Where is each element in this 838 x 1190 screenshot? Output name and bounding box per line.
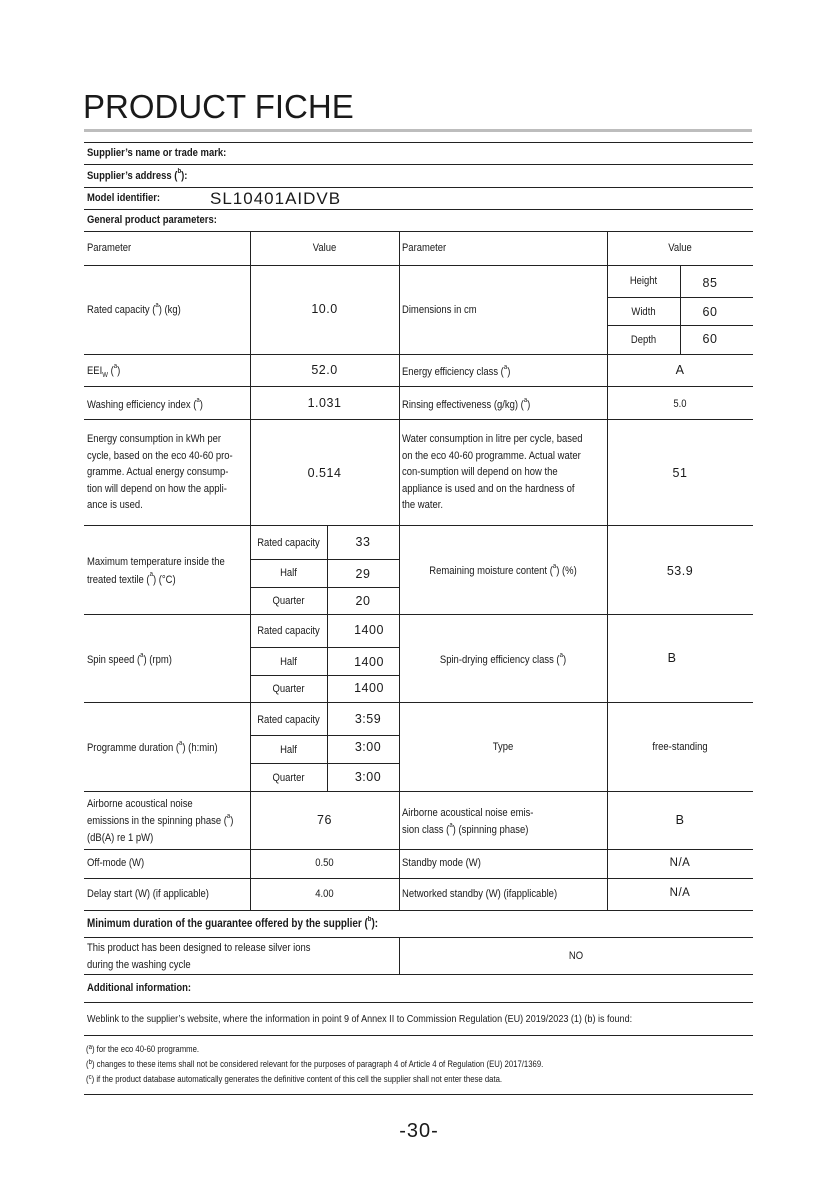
divider: [84, 614, 753, 615]
energy-class-label: Energy efficiency class (a): [402, 364, 510, 380]
type-label: Type: [414, 739, 593, 755]
energy-consumption-value: 0.514: [250, 466, 399, 480]
sub-row-name: Quarter: [255, 681, 321, 697]
divider: [84, 791, 753, 792]
noise-class-label: Airborne acoustical noise emis- sion cla…: [402, 805, 574, 839]
header-parameter-right: Parameter: [402, 240, 446, 256]
sub-row-name: Half: [255, 565, 321, 581]
programme-duration-label: Programme duration (a) (h:min): [87, 740, 218, 756]
sub-row-value: 33: [327, 535, 399, 549]
footnote: (b) changes to these items shall not be …: [86, 1059, 543, 1069]
divider: [84, 187, 753, 188]
water-consumption-value: 51: [607, 466, 753, 480]
guarantee-label: Minimum duration of the guarantee offere…: [87, 916, 378, 932]
header-value-left: Value: [260, 240, 388, 256]
divider: [250, 675, 399, 676]
dimension-value: 60: [680, 332, 740, 346]
rated-capacity-value: 10.0: [250, 302, 399, 316]
energy-class-value: A: [607, 363, 753, 377]
max-temperature-label: Maximum temperature inside the treated t…: [87, 553, 250, 589]
networked-standby-value: N/A: [607, 887, 753, 899]
divider: [84, 354, 753, 355]
divider: [84, 1002, 753, 1003]
model-identifier-label: Model identifier:: [87, 190, 160, 206]
divider: [84, 265, 753, 266]
general-parameters-label: General product parameters:: [87, 212, 217, 228]
sub-row-name: Rated capacity: [255, 712, 321, 728]
footnote: (a) for the eco 40-60 programme.: [86, 1044, 199, 1054]
divider: [84, 1035, 753, 1036]
divider: [84, 878, 753, 879]
header-parameter-left: Parameter: [87, 240, 131, 256]
divider: [84, 974, 753, 975]
column-divider: [399, 231, 400, 910]
divider: [84, 209, 753, 210]
page-number: -30-: [0, 1120, 838, 1143]
eeiw-label: EEIW (a): [87, 363, 120, 384]
standby-mode-label: Standby mode (W): [402, 855, 481, 871]
water-consumption-label: Water consumption in litre per cycle, ba…: [402, 431, 608, 514]
divider: [250, 735, 399, 736]
dimension-name: Depth: [612, 332, 675, 348]
divider: [84, 849, 753, 850]
sub-row-value: 1400: [327, 623, 411, 637]
column-divider: [399, 937, 400, 974]
sub-row-value: 1400: [327, 681, 411, 695]
divider: [250, 587, 399, 588]
off-mode-label: Off-mode (W): [87, 855, 144, 871]
footnote: (c) if the product database automaticall…: [86, 1074, 502, 1084]
sub-row-name: Quarter: [255, 770, 321, 786]
sub-row-value: 1400: [327, 655, 411, 669]
divider: [84, 386, 753, 387]
sub-row-value: 29: [327, 567, 399, 581]
remaining-moisture-label: Remaining moisture content (a) (%): [414, 563, 593, 579]
energy-consumption-label: Energy consumption in kWh per cycle, bas…: [87, 431, 246, 514]
divider: [84, 231, 753, 232]
dimension-value: 60: [680, 305, 740, 319]
weblink-text: Weblink to the supplier’s website, where…: [87, 1011, 632, 1027]
rinsing-label: Rinsing effectiveness (g/kg) (a): [402, 397, 530, 413]
additional-info-label: Additional information:: [87, 980, 191, 996]
dimension-name: Height: [612, 273, 675, 289]
washing-index-value: 1.031: [250, 396, 399, 410]
divider: [250, 559, 399, 560]
divider: [84, 142, 753, 143]
off-mode-value: 0.50: [260, 855, 388, 871]
divider: [84, 419, 753, 420]
divider: [250, 647, 399, 648]
divider: [84, 937, 753, 938]
supplier-address-label: Supplier’s address (b):: [87, 168, 187, 184]
eeiw-value: 52.0: [250, 363, 399, 377]
sub-row-name: Half: [255, 654, 321, 670]
page-title: PRODUCT FICHE: [83, 88, 354, 126]
divider: [250, 763, 399, 764]
spin-drying-class-label: Spin-drying efficiency class (a): [414, 652, 593, 668]
noise-class-value: B: [607, 813, 753, 827]
dimension-name: Width: [612, 304, 675, 320]
spin-speed-label: Spin speed (a) (rpm): [87, 652, 172, 668]
model-identifier-value: SL10401AIDVB: [210, 189, 341, 209]
noise-emissions-label: Airborne acoustical noise emissions in t…: [87, 796, 259, 847]
dimension-value: 85: [680, 276, 740, 290]
sub-row-name: Rated capacity: [255, 535, 321, 551]
sub-row-value: 20: [327, 594, 399, 608]
delay-start-label: Delay start (W) (if applicable): [87, 886, 209, 902]
rinsing-value: 5.0: [617, 396, 743, 412]
divider: [84, 910, 753, 911]
noise-emissions-value: 76: [250, 813, 399, 827]
divider: [84, 1094, 753, 1095]
standby-mode-value: N/A: [607, 857, 753, 869]
sub-row-value: 3:59: [327, 712, 409, 726]
silver-ions-value: NO: [424, 948, 728, 964]
delay-start-value: 4.00: [260, 886, 388, 902]
divider: [84, 525, 753, 526]
divider: [84, 164, 753, 165]
spin-drying-class-value: B: [607, 651, 737, 665]
silver-ions-label: This product has been designed to releas…: [87, 940, 397, 973]
sub-row-name: Rated capacity: [255, 623, 321, 639]
networked-standby-label: Networked standby (W) (ifapplicable): [402, 886, 557, 902]
sub-row-name: Quarter: [255, 593, 321, 609]
sub-row-value: 3:00: [327, 740, 409, 754]
type-value: free-standing: [617, 739, 743, 755]
header-value-right: Value: [617, 240, 743, 256]
supplier-name-label: Supplier’s name or trade mark:: [87, 145, 226, 161]
sub-row-name: Half: [255, 742, 321, 758]
dimensions-label: Dimensions in cm: [402, 302, 477, 318]
remaining-moisture-value: 53.9: [607, 564, 753, 578]
title-rule: [84, 129, 752, 132]
sub-row-value: 3:00: [327, 770, 409, 784]
divider: [84, 702, 753, 703]
rated-capacity-label: Rated capacity (a) (kg): [87, 302, 181, 318]
washing-index-label: Washing efficiency index (a): [87, 397, 203, 413]
